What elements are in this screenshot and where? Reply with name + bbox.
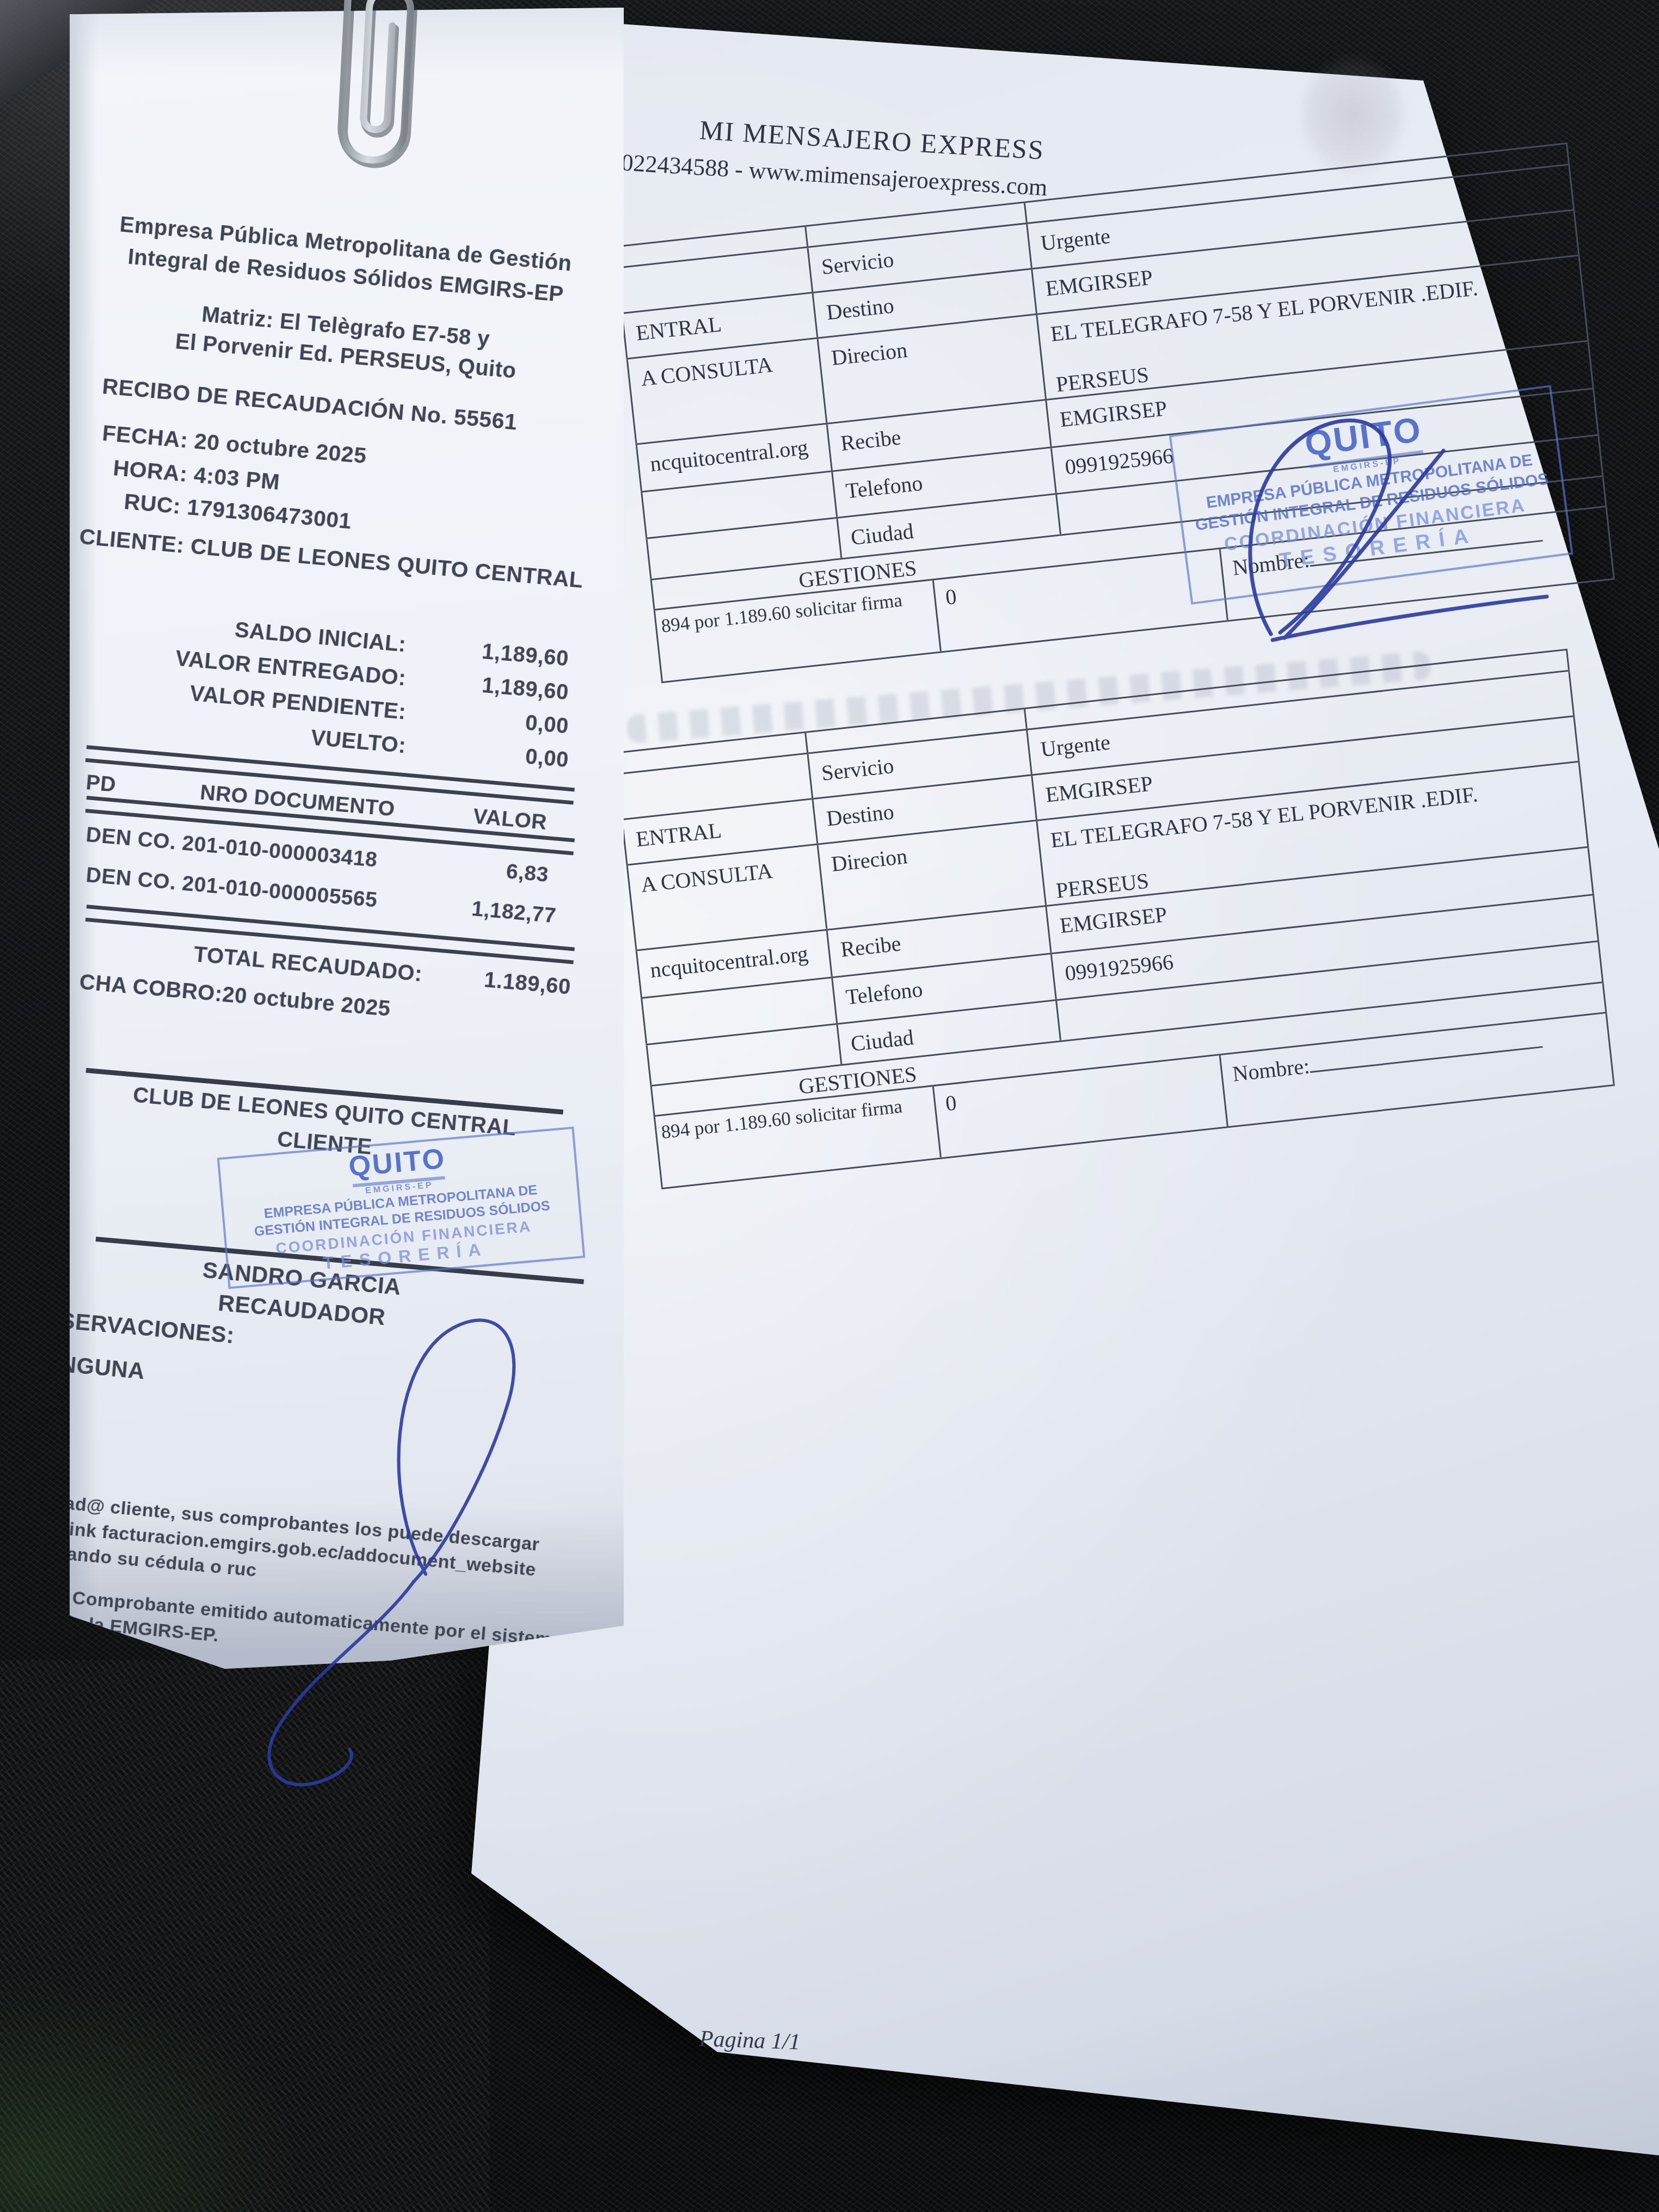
- page-number: Pagina 1/1: [699, 2026, 801, 2055]
- photo-of-documents: MI MENSAJERO EXPRESS lf: 022434588 - www…: [0, 0, 1659, 2212]
- receipt-hora: HORA: 4:03 PM: [112, 455, 281, 495]
- receipt-cliente: CLIENTE: CLUB DE LEONES QUITO CENTRAL: [78, 524, 584, 593]
- observaciones-value: NGUNA: [59, 1351, 146, 1384]
- receipt: Empresa Pública Metropolitana de Gestión…: [70, 8, 624, 1669]
- nombre-label: Nombre:: [1231, 1053, 1311, 1086]
- paperclip: [304, 0, 445, 202]
- receipt-ruc: RUC: 1791306473001: [123, 489, 353, 534]
